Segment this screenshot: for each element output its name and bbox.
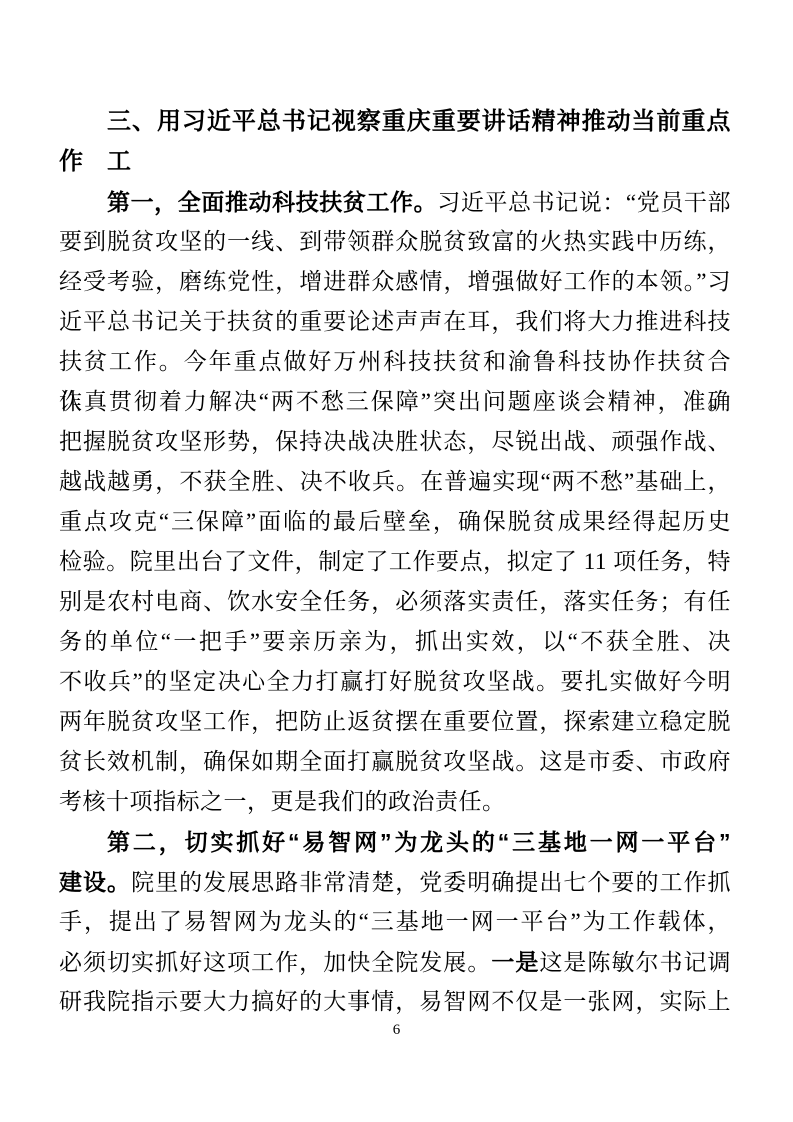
paragraph-1-text: 认真贯彻着力解决“两不愁三保障”突出问题座谈会精神，准确 [59, 389, 731, 414]
paragraph-1-text: 两年脱贫攻坚工作，把防止返贫摆在重要位置，探索建立稳定脱 [59, 709, 731, 734]
paragraph-1-line: 第一，全面推动科技扶贫工作。习近平总书记说：“党员干部 [59, 182, 731, 222]
paragraph-1-text: 检验。院里出台了文件，制定了工作要点，拟定了 11 项任务，特 [59, 549, 731, 574]
section-heading-line-2: 作 [59, 142, 731, 182]
paragraph-1-line: 认真贯彻着力解决“两不愁三保障”突出问题座谈会精神，准确 [59, 382, 731, 422]
paragraph-1-text: 要到脱贫攻坚的一线、到带领群众脱贫致富的火热实践中历练， [59, 229, 731, 254]
paragraph-1-line: 重点攻克“三保障”面临的最后壁垒，确保脱贫成果经得起历史 [59, 502, 731, 542]
paragraph-1-text: 近平总书记关于扶贫的重要论述声声在耳，我们将大力推进科技 [59, 309, 731, 334]
paragraph-2-line: 建设。院里的发展思路非常清楚，党委明确提出七个要的工作抓 [59, 862, 731, 902]
paragraph-2-lead: 第二，切实抓好“易智网”为龙头的“三基地一网一平台” [107, 829, 731, 855]
paragraph-1-line: 要到脱贫攻坚的一线、到带领群众脱贫致富的火热实践中历练， [59, 222, 731, 262]
paragraph-1-line: 经受考验，磨练党性，增进群众感情，增强做好工作的本领。”习 [59, 262, 731, 302]
paragraph-2-line: 手，提出了易智网为龙头的“三基地一网一平台”为工作载体， [59, 902, 731, 942]
paragraph-1-text: 越战越勇，不获全胜、决不收兵。在普遍实现“两不愁”基础上， [59, 469, 731, 494]
paragraph-1-text: 习近平总书记说：“党员干部 [437, 190, 731, 215]
paragraph-2-text: 研我院指示要大力搞好的大事情，易智网不仅是一张网，实际上 [59, 989, 731, 1014]
paragraph-1-text: 考核十项指标之一，更是我们的政治责任。 [59, 789, 506, 814]
paragraph-1-text: 经受考验，磨练党性，增进群众感情，增强做好工作的本领。”习 [59, 269, 731, 294]
paragraph-1-line: 贫长效机制，确保如期全面打赢脱贫攻坚战。这是市委、市政府 [59, 742, 731, 782]
heading-text: 作 [59, 148, 84, 175]
paragraph-2-text: 院里的发展思路非常清楚，党委明确提出七个要的工作抓 [131, 870, 731, 895]
paragraph-1-lead: 第一，全面推动科技扶贫工作。 [107, 189, 437, 215]
paragraph-1-text: 把握脱贫攻坚形势，保持决战决胜状态，尽锐出战、顽强作战、 [59, 429, 731, 454]
document-page: 三、用习近平总书记视察重庆重要讲话精神推动当前重点工 作 第一，全面推动科技扶贫… [0, 0, 793, 1122]
paragraph-2-emphasis: 一是 [491, 949, 539, 975]
paragraph-1-last-line: 考核十项指标之一，更是我们的政治责任。 [59, 782, 731, 822]
paragraph-1-text: 务的单位“一把手”要亲历亲为，抓出实效，以“不获全胜、决 [59, 629, 731, 654]
paragraph-1-text: 别是农村电商、饮水安全任务，必须落实责任，落实任务；有任 [59, 589, 731, 614]
paragraph-1-line: 越战越勇，不获全胜、决不收兵。在普遍实现“两不愁”基础上， [59, 462, 731, 502]
paragraph-2-text: 这是陈敏尔书记调 [539, 950, 731, 975]
paragraph-1-text: 重点攻克“三保障”面临的最后壁垒，确保脱贫成果经得起历史 [59, 509, 731, 534]
document-content: 三、用习近平总书记视察重庆重要讲话精神推动当前重点工 作 第一，全面推动科技扶贫… [59, 102, 731, 1022]
paragraph-1-line: 把握脱贫攻坚形势，保持决战决胜状态，尽锐出战、顽强作战、 [59, 422, 731, 462]
paragraph-1-line: 务的单位“一把手”要亲历亲为，抓出实效，以“不获全胜、决 [59, 622, 731, 662]
paragraph-1-line: 检验。院里出台了文件，制定了工作要点，拟定了 11 项任务，特 [59, 542, 731, 582]
section-heading-line-1: 三、用习近平总书记视察重庆重要讲话精神推动当前重点工 [59, 102, 731, 142]
paragraph-2-line: 第二，切实抓好“易智网”为龙头的“三基地一网一平台” [59, 822, 731, 862]
paragraph-2-line: 必须切实抓好这项工作，加快全院发展。一是这是陈敏尔书记调 [59, 942, 731, 982]
paragraph-1-line: 扶贫工作。今年重点做好万州科技扶贫和渝鲁科技协作扶贫合作。 [59, 342, 731, 382]
paragraph-2-text: 手，提出了易智网为龙头的“三基地一网一平台”为工作载体， [59, 909, 731, 934]
paragraph-2-text: 必须切实抓好这项工作，加快全院发展。 [59, 950, 491, 975]
paragraph-2-line: 研我院指示要大力搞好的大事情，易智网不仅是一张网，实际上 [59, 982, 731, 1022]
paragraph-1-line: 近平总书记关于扶贫的重要论述声声在耳，我们将大力推进科技 [59, 302, 731, 342]
page-number: 6 [0, 1018, 793, 1042]
paragraph-2-lead: 建设。 [59, 869, 131, 895]
paragraph-1-text: 不收兵”的坚定决心全力打赢打好脱贫攻坚战。要扎实做好今明 [59, 669, 731, 694]
paragraph-1-line: 别是农村电商、饮水安全任务，必须落实责任，落实任务；有任 [59, 582, 731, 622]
paragraph-1-text: 贫长效机制，确保如期全面打赢脱贫攻坚战。这是市委、市政府 [59, 749, 731, 774]
paragraph-1-line: 两年脱贫攻坚工作，把防止返贫摆在重要位置，探索建立稳定脱 [59, 702, 731, 742]
paragraph-1-line: 不收兵”的坚定决心全力打赢打好脱贫攻坚战。要扎实做好今明 [59, 662, 731, 702]
